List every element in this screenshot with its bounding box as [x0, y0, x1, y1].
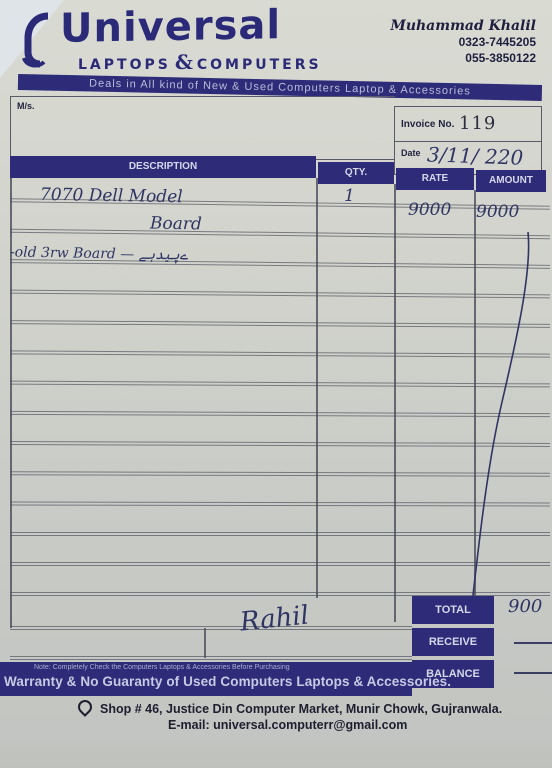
column-divider-rate	[394, 184, 396, 622]
universal-logo-icon	[18, 12, 60, 68]
warranty-note-band: Note: Completely Check the Computers Lap…	[0, 662, 412, 696]
row-line	[10, 290, 550, 299]
brand-subtitle: LAPTOPS&COMPUTERS	[78, 50, 322, 74]
row-line	[10, 350, 550, 357]
brand-sub-left: LAPTOPS	[78, 57, 171, 73]
row-line	[10, 441, 550, 447]
row-2-description: Board	[150, 214, 202, 235]
location-pin-icon	[75, 697, 95, 717]
invoice-number: 119	[459, 113, 496, 134]
column-header-amount: AMOUNT	[476, 170, 546, 192]
receive-value-dash	[514, 642, 552, 644]
signature-divider	[204, 628, 206, 658]
customer-label: M/s.	[17, 101, 35, 111]
handwritten-strike-line	[472, 232, 552, 732]
invoice-number-box: Invoice No. 119	[394, 106, 542, 142]
row-line	[10, 562, 550, 566]
address-text: Shop # 46, Justice Din Computer Market, …	[100, 702, 502, 716]
column-header-rate: RATE	[396, 168, 474, 190]
invoice-number-label: Invoice No.	[401, 119, 454, 130]
row-line	[10, 381, 550, 388]
note-small-text: Note: Completely Check the Computers Lap…	[34, 664, 290, 671]
row-line	[10, 656, 412, 660]
contact-block: Muhammad Khalil 0323-7445205 055-3850122	[390, 18, 536, 66]
receive-label: RECEIVE	[412, 628, 494, 656]
shop-address: Shop # 46, Justice Din Computer Market, …	[78, 700, 502, 716]
total-label: TOTAL	[412, 596, 494, 624]
row-line	[10, 320, 550, 328]
column-header-description: DESCRIPTION	[10, 156, 316, 178]
warranty-text: Warranty & No Guaranty of Used Computers…	[4, 674, 451, 689]
bottom-shadow	[0, 738, 552, 768]
row-line	[10, 229, 550, 240]
balance-value-dash	[514, 672, 552, 674]
row-1-rate: 9000	[408, 200, 451, 220]
items-table: DESCRIPTION QTY. RATE AMOUNT 7070 Dell M…	[10, 156, 550, 628]
row-3-description: -old 3rw Board — ےپیدہے	[10, 244, 188, 263]
row-1-description: 7070 Dell Model	[40, 185, 183, 207]
owner-name: Muhammad Khalil	[390, 18, 536, 34]
signature: Rahil	[239, 600, 311, 637]
row-line	[10, 626, 412, 630]
invoice-page: Universal LAPTOPS&COMPUTERS Muhammad Kha…	[0, 0, 552, 768]
row-line	[10, 411, 550, 417]
phone-1: 0323-7445205	[390, 34, 536, 50]
row-line	[10, 471, 550, 476]
shop-email: E-mail: universal.computerr@gmail.com	[168, 718, 407, 732]
row-1-amount: 9000	[476, 202, 519, 222]
brand-sub-right: COMPUTERS	[197, 57, 322, 73]
column-header-qty: QTY.	[318, 162, 394, 184]
phone-2: 055-3850122	[390, 50, 536, 66]
row-1-qty: 1	[344, 186, 355, 206]
total-value: 900	[508, 596, 542, 617]
brand-sub-amp: &	[175, 50, 193, 74]
brand-name: Universal	[60, 2, 281, 52]
customer-box: M/s.	[10, 96, 395, 160]
row-line	[10, 502, 550, 507]
row-line	[10, 532, 550, 536]
